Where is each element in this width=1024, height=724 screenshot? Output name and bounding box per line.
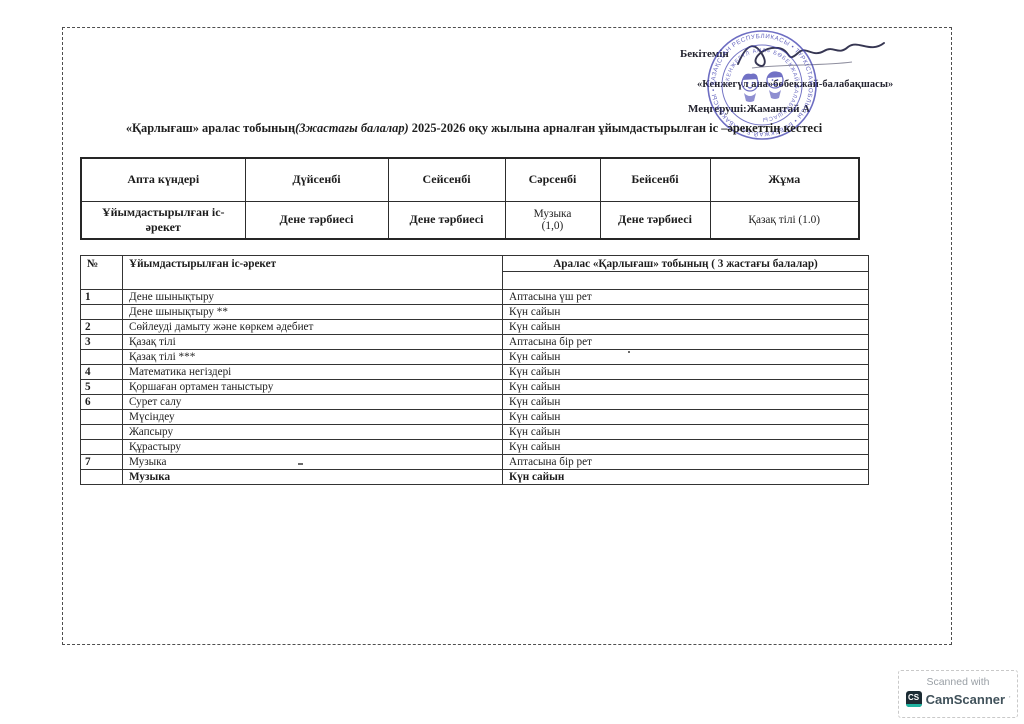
title-age-note: (3жастағы балалар) bbox=[295, 121, 409, 135]
week-header-row: Апта күндері Дүйсенбі Сейсенбі Сәрсенбі … bbox=[81, 158, 859, 201]
table-row: 6 Сурет салу Күн сайын bbox=[81, 395, 869, 410]
row-frequency: Аптасына үш рет bbox=[503, 290, 869, 305]
activity-column-header: Ұйымдастырылған іс-әрекет bbox=[123, 256, 503, 290]
row-activity: Қазақ тілі bbox=[123, 335, 503, 350]
scanned-with-label: Scanned with bbox=[899, 676, 1017, 688]
week-activity-row: Ұйымдастырылған іс-әрекет Дене тәрбиесі … bbox=[81, 201, 859, 239]
table-row: 1 Дене шынықтыру Аптасына үш рет bbox=[81, 290, 869, 305]
row-number bbox=[81, 350, 123, 365]
wednesday-activity: Музыка (1,0) bbox=[505, 201, 600, 239]
camscanner-brand-text: CamScanner bbox=[926, 692, 1005, 707]
row-activity: Құрастыру bbox=[123, 440, 503, 455]
row-activity: Қоршаған ортамен таныстыру bbox=[123, 380, 503, 395]
group-column-header: Аралас «Қарлығаш» тобының ( 3 жастағы ба… bbox=[503, 256, 869, 272]
monday-header: Дүйсенбі bbox=[245, 158, 388, 201]
table-row: 3 Қазақ тілі Аптасына бір рет bbox=[81, 335, 869, 350]
row-frequency: Күн сайын bbox=[503, 380, 869, 395]
table-row: 4 Математика негіздері Күн сайын bbox=[81, 365, 869, 380]
table-row: 7 Музыка Аптасына бір рет bbox=[81, 455, 869, 470]
camscanner-logo-icon: CS bbox=[906, 691, 922, 707]
row-number: 3 bbox=[81, 335, 123, 350]
row-number: 2 bbox=[81, 320, 123, 335]
row-frequency: Аптасына бір рет bbox=[503, 335, 869, 350]
row-number bbox=[81, 440, 123, 455]
row-activity: Жапсыру bbox=[123, 425, 503, 440]
camscanner-logo-teal-accent bbox=[906, 704, 922, 707]
table-row: Дене шынықтыру ** Күн сайын bbox=[81, 305, 869, 320]
weekly-schedule-table: Апта күндері Дүйсенбі Сейсенбі Сәрсенбі … bbox=[80, 157, 860, 240]
row-frequency: Аптасына бір рет bbox=[503, 455, 869, 470]
row-number: 7 bbox=[81, 455, 123, 470]
row-activity: Дене шынықтыру ** bbox=[123, 305, 503, 320]
row-activity: Сөйлеуді дамыту және көркем әдебиет bbox=[123, 320, 503, 335]
row-number bbox=[81, 470, 123, 485]
row-number bbox=[81, 305, 123, 320]
row-frequency: Күн сайын bbox=[503, 440, 869, 455]
row-number: 1 bbox=[81, 290, 123, 305]
row-frequency: Күн сайын bbox=[503, 395, 869, 410]
friday-activity: Қазақ тілі (1.0) bbox=[710, 201, 859, 239]
wednesday-header: Сәрсенбі bbox=[505, 158, 600, 201]
table-row: 2 Сөйлеуді дамыту және көркем әдебиет Кү… bbox=[81, 320, 869, 335]
row-frequency: Күн сайын bbox=[503, 410, 869, 425]
number-column-header: № bbox=[81, 256, 123, 290]
row-frequency: Күн сайын bbox=[503, 365, 869, 380]
row-activity: Музыка bbox=[123, 470, 503, 485]
row-activity: Музыка bbox=[123, 455, 503, 470]
row-activity: Сурет салу bbox=[123, 395, 503, 410]
row-activity: Қазақ тілі *** bbox=[123, 350, 503, 365]
row-activity: Математика негіздері bbox=[123, 365, 503, 380]
title-year-note: 2025-2026 оқу жылына арналған ұйымдастыр… bbox=[409, 121, 822, 135]
table-row: 5 Қоршаған ортамен таныстыру Күн сайын bbox=[81, 380, 869, 395]
camscanner-logo-text: CS bbox=[908, 693, 919, 702]
row-number: 6 bbox=[81, 395, 123, 410]
activities-frequency-table: № Ұйымдастырылған іс-әрекет Аралас «Қарл… bbox=[80, 255, 869, 485]
stamp-inner-ring-text: «КЕНЖЕГҮЛ АНА» БӨБЕКЖАЙ-БАЛАБАҚШАСЫ bbox=[725, 48, 801, 122]
title-group-name: «Қарлығаш» аралас тобының bbox=[126, 121, 295, 135]
row-activity: Мүсіндеу bbox=[123, 410, 503, 425]
document-title: «Қарлығаш» аралас тобының(3жастағы балал… bbox=[80, 121, 868, 136]
children-emblem-icon bbox=[742, 72, 783, 102]
table-row: Мүсіндеу Күн сайын bbox=[81, 410, 869, 425]
activity-row-label: Ұйымдастырылған іс-әрекет bbox=[81, 201, 245, 239]
table-row: Жапсыру Күн сайын bbox=[81, 425, 869, 440]
schedule-header-row: № Ұйымдастырылған іс-әрекет Аралас «Қарл… bbox=[81, 256, 869, 272]
monday-activity: Дене тәрбиесі bbox=[245, 201, 388, 239]
tuesday-header: Сейсенбі bbox=[388, 158, 505, 201]
scan-artifact-dot bbox=[628, 351, 630, 353]
row-activity: Дене шынықтыру bbox=[123, 290, 503, 305]
camscanner-brand-row: CS CamScanner' bbox=[899, 691, 1017, 707]
svg-text:«КЕНЖЕГҮЛ АНА» БӨБЕКЖАЙ-БАЛАБА: «КЕНЖЕГҮЛ АНА» БӨБЕКЖАЙ-БАЛАБАҚШАСЫ bbox=[725, 48, 801, 122]
row-frequency: Күн сайын bbox=[503, 320, 869, 335]
row-frequency: Күн сайын bbox=[503, 305, 869, 320]
table-row: Музыка Күн сайын bbox=[81, 470, 869, 485]
row-frequency: Күн сайын bbox=[503, 425, 869, 440]
scan-artifact-dash bbox=[298, 463, 303, 465]
group-header-empty-cell bbox=[503, 272, 869, 290]
row-number: 5 bbox=[81, 380, 123, 395]
row-frequency: Күн сайын bbox=[503, 350, 869, 365]
tuesday-activity: Дене тәрбиесі bbox=[388, 201, 505, 239]
row-number bbox=[81, 425, 123, 440]
thursday-activity: Дене тәрбиесі bbox=[600, 201, 710, 239]
camscanner-watermark: Scanned with CS CamScanner' bbox=[898, 670, 1018, 718]
friday-header: Жұма bbox=[710, 158, 859, 201]
table-row: Құрастыру Күн сайын bbox=[81, 440, 869, 455]
row-number: 4 bbox=[81, 365, 123, 380]
week-days-header: Апта күндері bbox=[81, 158, 245, 201]
row-number bbox=[81, 410, 123, 425]
thursday-header: Бейсенбі bbox=[600, 158, 710, 201]
camscanner-trademark-mark: ' bbox=[1009, 696, 1010, 703]
table-row: Қазақ тілі *** Күн сайын bbox=[81, 350, 869, 365]
row-frequency: Күн сайын bbox=[503, 470, 869, 485]
